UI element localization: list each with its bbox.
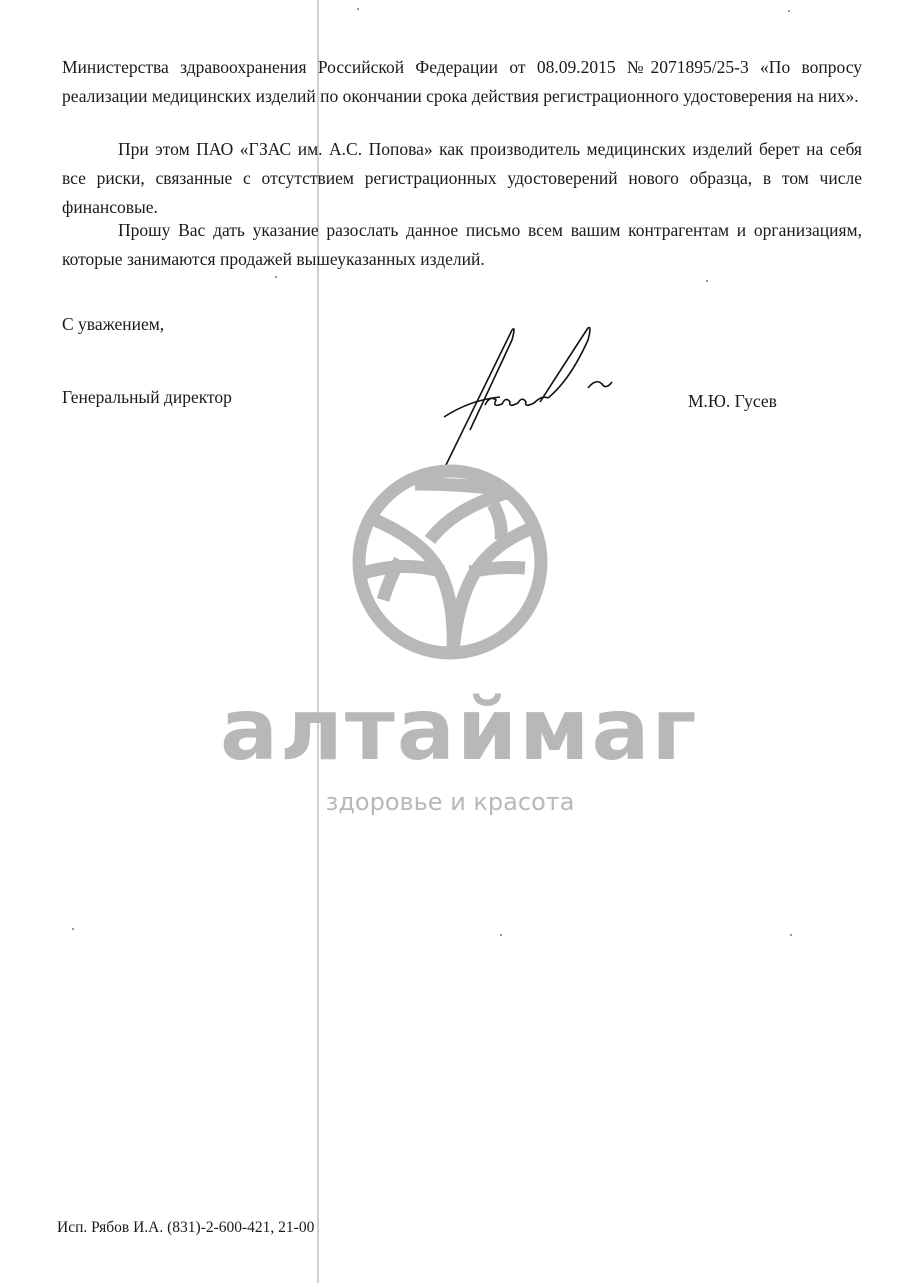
tree-in-circle-icon — [345, 462, 555, 667]
signer-position: Генеральный директор — [62, 387, 232, 408]
scan-speck — [357, 8, 359, 10]
paragraph-request: Прошу Вас дать указание разослать данное… — [62, 216, 862, 274]
closing-greeting: С уважением, — [62, 314, 164, 335]
scan-speck — [788, 10, 790, 12]
signature-icon — [430, 320, 630, 470]
document-page: Министерства здравоохранения Российской … — [0, 0, 900, 1283]
scan-speck — [706, 280, 708, 282]
scan-speck — [500, 934, 502, 936]
paragraph-risks: При этом ПАО «ГЗАС им. А.С. Попова» как … — [62, 135, 862, 222]
signer-name: М.Ю. Гусев — [688, 391, 777, 412]
watermark-tagline: здоровье и красота — [220, 788, 680, 816]
watermark-brand: алтаймаг — [220, 680, 680, 780]
scan-speck — [72, 928, 74, 930]
scan-speck — [275, 276, 277, 278]
scan-speck — [790, 934, 792, 936]
executor-contact: Исп. Рябов И.А. (831)-2-600-421, 21-00 — [57, 1219, 314, 1237]
paragraph-reference: Министерства здравоохранения Российской … — [62, 53, 862, 111]
